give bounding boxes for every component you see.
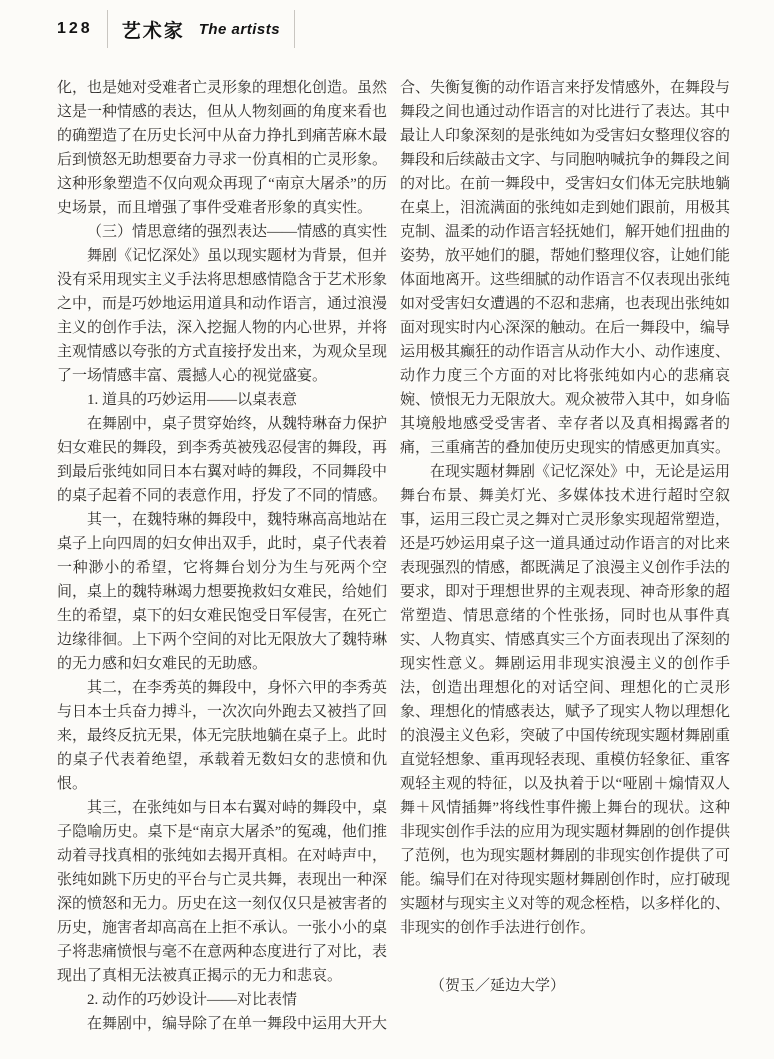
magazine-page: 128 艺术家 The artists 化，也是她对受难者亡灵形象的理想化创造。… bbox=[0, 0, 774, 1059]
sub-heading: 2. 动作的巧妙设计——对比表情 bbox=[57, 988, 387, 1012]
journal-title-chinese: 艺术家 bbox=[122, 16, 185, 43]
paragraph-continuation: 合、失衡复衡的动作语言来抒发情感外，在舞段与舞段之间也通过动作语言的对比进行了表… bbox=[400, 76, 730, 460]
header-divider-right bbox=[294, 10, 295, 48]
author-attribution: （贺玉／延边大学） bbox=[400, 974, 730, 998]
paragraph: 其三，在张纯如与日本右翼对峙的舞段中，桌子隐喻历史。桌下是“南京大屠杀”的冤魂，… bbox=[57, 796, 387, 988]
page-header: 128 艺术家 The artists bbox=[57, 9, 295, 49]
section-heading: （三）情思意绪的强烈表达——情感的真实性 bbox=[57, 220, 387, 244]
right-column: 合、失衡复衡的动作语言来抒发情感外，在舞段与舞段之间也通过动作语言的对比进行了表… bbox=[400, 76, 730, 1036]
paragraph: 在舞剧中，桌子贯穿始终，从魏特琳奋力保护妇女难民的舞段，到李秀英被残忍侵害的舞段… bbox=[57, 412, 387, 508]
page-number: 128 bbox=[57, 20, 93, 38]
paragraph: 舞剧《记忆深处》虽以现实题材为背景，但并没有采用现实主义手法将思想感情隐含于艺术… bbox=[57, 244, 387, 388]
paragraph: 其一，在魏特琳的舞段中，魏特琳高高地站在桌子上向四周的妇女伸出双手，此时，桌子代… bbox=[57, 508, 387, 676]
paragraph: 在舞剧中，编导除了在单一舞段中运用大开大 bbox=[57, 1012, 387, 1036]
article-body: 化，也是她对受难者亡灵形象的理想化创造。虽然这是一种情感的表达，但从人物刻画的角… bbox=[57, 76, 730, 1036]
header-divider-left bbox=[107, 10, 108, 48]
left-column: 化，也是她对受难者亡灵形象的理想化创造。虽然这是一种情感的表达，但从人物刻画的角… bbox=[57, 76, 387, 1036]
paragraph: 其二，在李秀英的舞段中，身怀六甲的李秀英与日本士兵奋力搏斗，一次次向外跑去又被挡… bbox=[57, 676, 387, 796]
paragraph: 在现实题材舞剧《记忆深处》中，无论是运用舞台布景、舞美灯光、多媒体技术进行超时空… bbox=[400, 460, 730, 940]
paragraph-continuation: 化，也是她对受难者亡灵形象的理想化创造。虽然这是一种情感的表达，但从人物刻画的角… bbox=[57, 76, 387, 220]
sub-heading: 1. 道具的巧妙运用——以桌表意 bbox=[57, 388, 387, 412]
journal-title-english: The artists bbox=[199, 21, 280, 38]
